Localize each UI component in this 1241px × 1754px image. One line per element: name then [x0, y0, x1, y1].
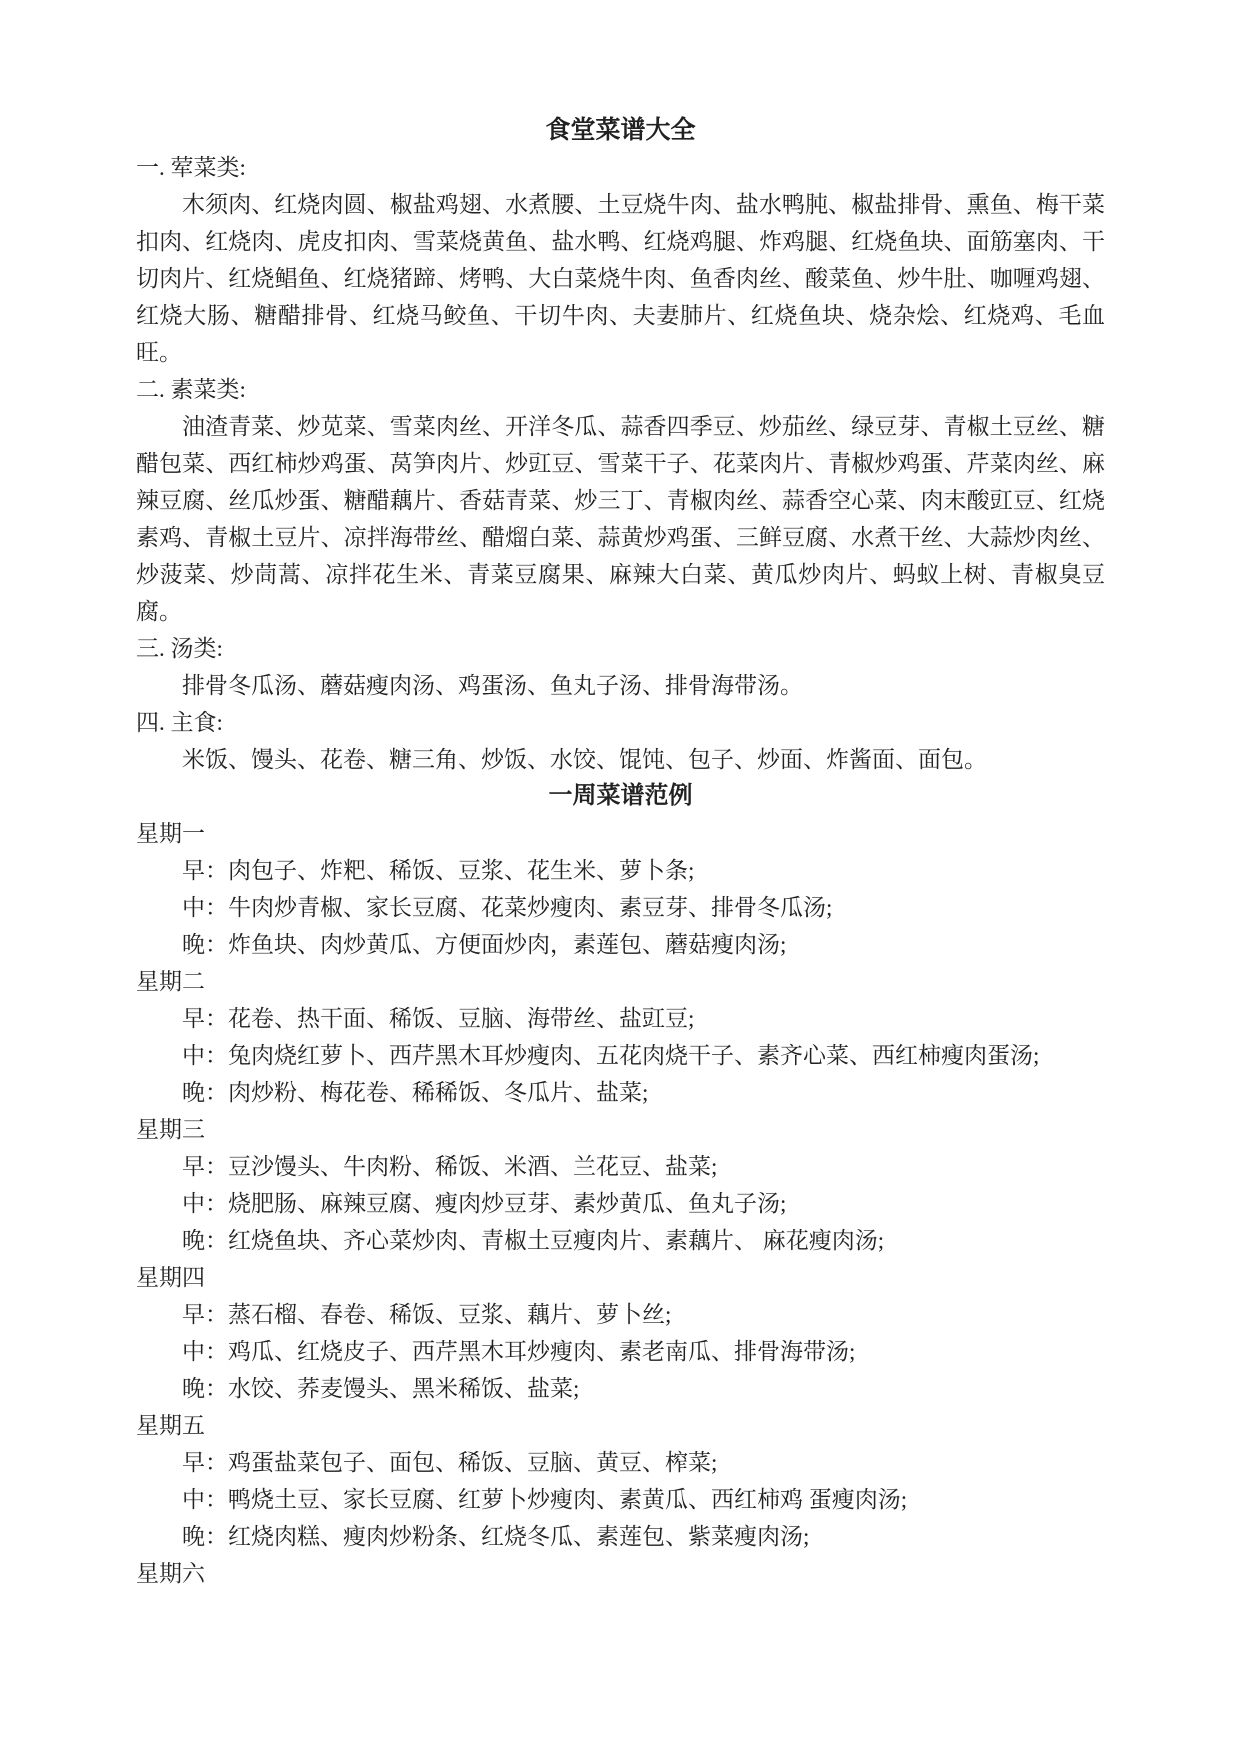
friday-dinner-line: 晚：红烧肉糕、瘦肉炒粉条、红烧冬瓜、素莲包、紫菜瘦肉汤; [136, 1518, 1105, 1555]
meal-items: 烧肥肠、麻辣豆腐、瘦肉炒豆芽、素炒黄瓜、鱼丸子汤; [228, 1191, 786, 1216]
weekly-menu-subtitle: 一周菜谱范例 [136, 778, 1105, 815]
meal-label: 晚： [182, 1376, 228, 1401]
meal-label: 早： [182, 858, 228, 883]
document-page: 食堂菜谱大全 一. 荤菜类: 木须肉、红烧肉圆、椒盐鸡翅、水煮腰、土豆烧牛肉、盐… [0, 0, 1241, 1754]
monday-dinner-line: 晚：炸鱼块、肉炒黄瓜、方便面炒肉，素莲包、蘑菇瘦肉汤; [136, 926, 1105, 963]
tuesday-lunch-line: 中：兔肉烧红萝卜、西芹黑木耳炒瘦肉、五花肉烧干子、素齐心菜、西红柿瘦肉蛋汤; [136, 1037, 1105, 1074]
section-heading-staples: 四. 主食: [136, 704, 1105, 741]
meal-label: 晚： [182, 1228, 228, 1253]
thursday-lunch-line: 中：鸡瓜、红烧皮子、西芹黑木耳炒瘦肉、素老南瓜、排骨海带汤; [136, 1333, 1105, 1370]
meal-items: 红烧鱼块、齐心菜炒肉、青椒土豆瘦肉片、素藕片、 麻花瘦肉汤; [228, 1228, 884, 1253]
tuesday-dinner-line: 晚：肉炒粉、梅花卷、稀稀饭、冬瓜片、盐菜; [136, 1074, 1105, 1111]
meal-label: 晚： [182, 1524, 228, 1549]
section-heading-soups: 三. 汤类: [136, 630, 1105, 667]
meal-label: 中： [182, 1191, 228, 1216]
section-body-meat-dishes: 木须肉、红烧肉圆、椒盐鸡翅、水煮腰、土豆烧牛肉、盐水鸭肫、椒盐排骨、熏鱼、梅干菜… [136, 186, 1105, 371]
section-body-vegetable-dishes: 油渣青菜、炒苋菜、雪菜肉丝、开洋冬瓜、蒜香四季豆、炒茄丝、绿豆芽、青椒土豆丝、糖… [136, 408, 1105, 630]
page-title: 食堂菜谱大全 [136, 112, 1105, 149]
tuesday-breakfast-line: 早：花卷、热干面、稀饭、豆脑、海带丝、盐豇豆; [136, 1000, 1105, 1037]
meal-items: 牛肉炒青椒、家长豆腐、花菜炒瘦肉、素豆芽、排骨冬瓜汤; [228, 895, 832, 920]
day-heading-saturday: 星期六 [136, 1555, 1105, 1592]
thursday-breakfast-line: 早：蒸石榴、春卷、稀饭、豆浆、藕片、萝卜丝; [136, 1296, 1105, 1333]
meal-items: 豆沙馒头、牛肉粉、稀饭、米酒、兰花豆、盐菜; [228, 1154, 717, 1179]
meal-items: 红烧肉糕、瘦肉炒粉条、红烧冬瓜、素莲包、紫菜瘦肉汤; [228, 1524, 809, 1549]
day-heading-tuesday: 星期二 [136, 963, 1105, 1000]
wednesday-dinner-line: 晚：红烧鱼块、齐心菜炒肉、青椒土豆瘦肉片、素藕片、 麻花瘦肉汤; [136, 1222, 1105, 1259]
meal-items: 蒸石榴、春卷、稀饭、豆浆、藕片、萝卜丝; [228, 1302, 671, 1327]
meal-label: 中： [182, 1043, 228, 1068]
meal-items: 肉包子、炸粑、稀饭、豆浆、花生米、萝卜条; [228, 858, 694, 883]
meal-label: 晚： [182, 1080, 228, 1105]
meal-items: 花卷、热干面、稀饭、豆脑、海带丝、盐豇豆; [228, 1006, 694, 1031]
thursday-dinner-line: 晚：水饺、荞麦馒头、黑米稀饭、盐菜; [136, 1370, 1105, 1407]
meal-items: 鸭烧土豆、家长豆腐、红萝卜炒瘦肉、素黄瓜、西红柿鸡 蛋瘦肉汤; [228, 1487, 907, 1512]
section-heading-vegetable-dishes: 二. 素菜类: [136, 371, 1105, 408]
meal-label: 早： [182, 1450, 228, 1475]
wednesday-breakfast-line: 早：豆沙馒头、牛肉粉、稀饭、米酒、兰花豆、盐菜; [136, 1148, 1105, 1185]
meal-label: 中： [182, 1339, 228, 1364]
meal-items: 水饺、荞麦馒头、黑米稀饭、盐菜; [228, 1376, 579, 1401]
meal-items: 肉炒粉、梅花卷、稀稀饭、冬瓜片、盐菜; [228, 1080, 648, 1105]
meal-items: 炸鱼块、肉炒黄瓜、方便面炒肉，素莲包、蘑菇瘦肉汤; [228, 932, 786, 957]
section-body-staples: 米饭、馒头、花卷、糖三角、炒饭、水饺、馄饨、包子、炒面、炸酱面、面包。 [136, 741, 1105, 778]
meal-label: 晚： [182, 932, 228, 957]
meal-items: 兔肉烧红萝卜、西芹黑木耳炒瘦肉、五花肉烧干子、素齐心菜、西红柿瘦肉蛋汤; [228, 1043, 1039, 1068]
section-body-soups: 排骨冬瓜汤、蘑菇瘦肉汤、鸡蛋汤、鱼丸子汤、排骨海带汤。 [136, 667, 1105, 704]
meal-label: 早： [182, 1154, 228, 1179]
day-heading-thursday: 星期四 [136, 1259, 1105, 1296]
day-heading-monday: 星期一 [136, 815, 1105, 852]
meal-label: 早： [182, 1006, 228, 1031]
monday-breakfast-line: 早：肉包子、炸粑、稀饭、豆浆、花生米、萝卜条; [136, 852, 1105, 889]
friday-breakfast-line: 早：鸡蛋盐菜包子、面包、稀饭、豆脑、黄豆、榨菜; [136, 1444, 1105, 1481]
monday-lunch-line: 中：牛肉炒青椒、家长豆腐、花菜炒瘦肉、素豆芽、排骨冬瓜汤; [136, 889, 1105, 926]
meal-items: 鸡蛋盐菜包子、面包、稀饭、豆脑、黄豆、榨菜; [228, 1450, 717, 1475]
meal-label: 中： [182, 1487, 228, 1512]
section-heading-meat-dishes: 一. 荤菜类: [136, 149, 1105, 186]
friday-lunch-line: 中：鸭烧土豆、家长豆腐、红萝卜炒瘦肉、素黄瓜、西红柿鸡 蛋瘦肉汤; [136, 1481, 1105, 1518]
meal-label: 中： [182, 895, 228, 920]
meal-items: 鸡瓜、红烧皮子、西芹黑木耳炒瘦肉、素老南瓜、排骨海带汤; [228, 1339, 855, 1364]
meal-label: 早： [182, 1302, 228, 1327]
day-heading-wednesday: 星期三 [136, 1111, 1105, 1148]
wednesday-lunch-line: 中：烧肥肠、麻辣豆腐、瘦肉炒豆芽、素炒黄瓜、鱼丸子汤; [136, 1185, 1105, 1222]
day-heading-friday: 星期五 [136, 1407, 1105, 1444]
